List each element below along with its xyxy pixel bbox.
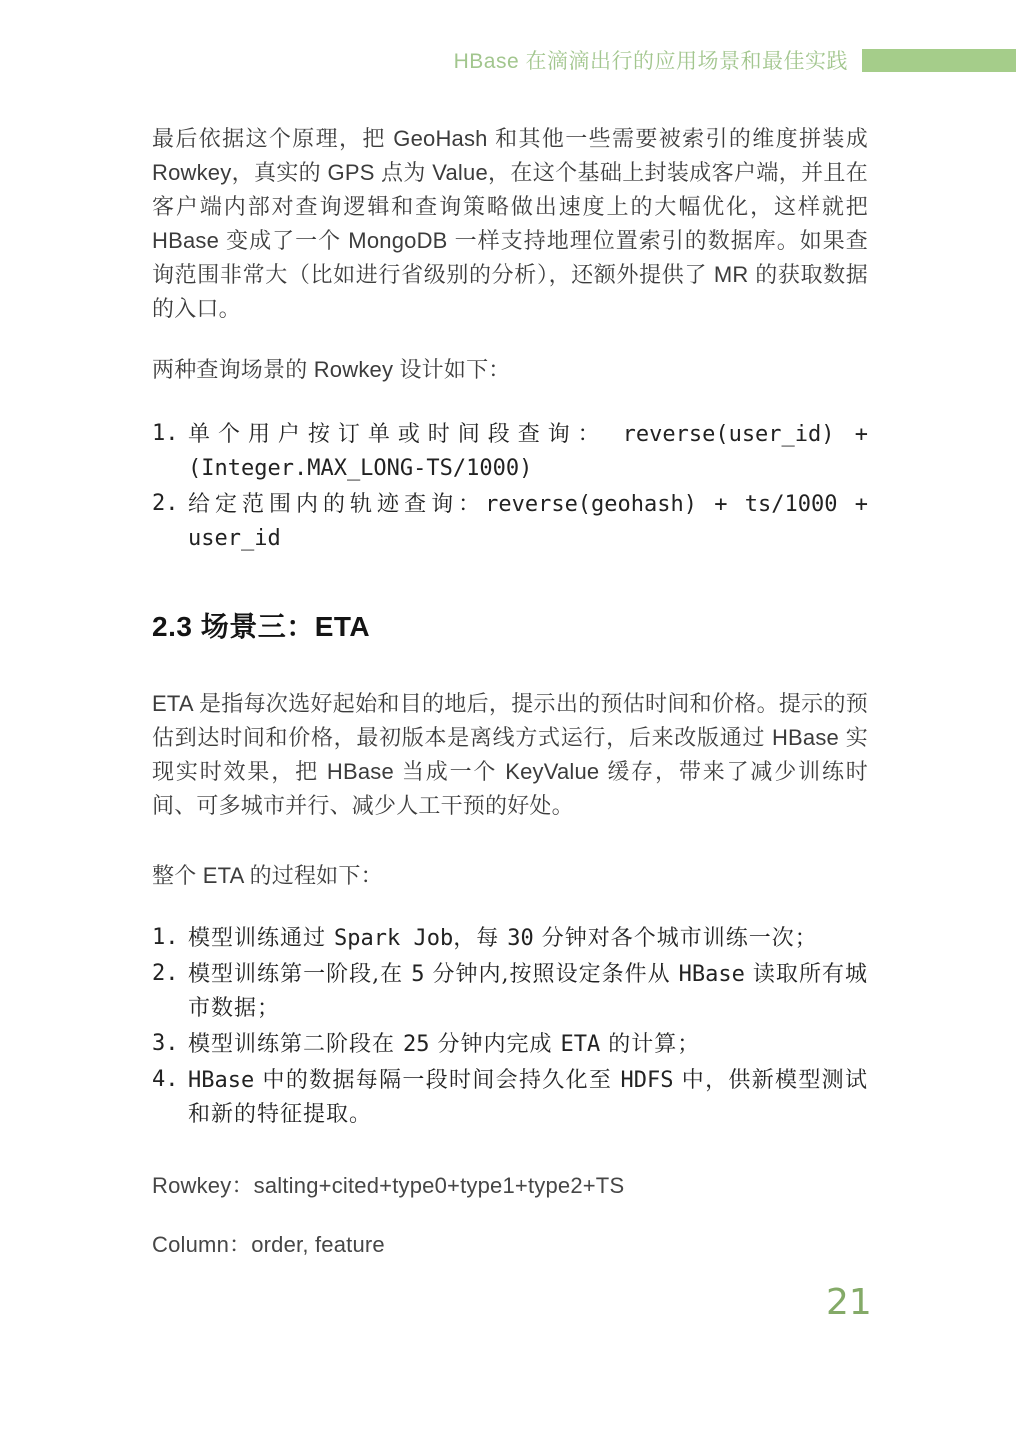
- list-item-text: HBase 中的数据每隔一段时间会持久化至 HDFS 中，供新模型测试和新的特征…: [188, 1063, 868, 1131]
- text-segment: 分钟内完成: [430, 1032, 561, 1057]
- list-item: 2. 模型训练第一阶段,在 5 分钟内,按照设定条件从 HBase 读取所有城市…: [152, 957, 868, 1025]
- paragraph-eta-description: ETA 是指每次选好起始和目的地后，提示出的预估时间和价格。提示的预估到达时间和…: [152, 687, 868, 823]
- list-item: 1. 单个用户按订单或时间段查询： reverse(user_id) + (In…: [152, 417, 868, 485]
- text-segment: ，每: [453, 926, 507, 951]
- list-item-text: 给定范围内的轨迹查询：reverse(geohash) + ts/1000 + …: [188, 487, 868, 555]
- list-item: 2. 给定范围内的轨迹查询：reverse(geohash) + ts/1000…: [152, 487, 868, 555]
- text-segment: 给定范围内的轨迹查询：: [188, 492, 485, 517]
- code-segment: ETA: [561, 1032, 601, 1057]
- column-definition-line: Column：order, feature: [152, 1228, 868, 1259]
- list-item-marker: 4.: [152, 1063, 188, 1096]
- text-segment: 分钟对各个城市训练一次；: [534, 926, 818, 951]
- code-segment: Spark Job: [334, 926, 453, 951]
- code-segment: 25: [403, 1032, 430, 1057]
- text-segment: 模型训练通过: [188, 926, 334, 951]
- list-item-marker: 1.: [152, 921, 188, 954]
- list-item-text: 模型训练第二阶段在 25 分钟内完成 ETA 的计算；: [188, 1027, 868, 1061]
- list-item-marker: 3.: [152, 1027, 188, 1060]
- text-segment: 模型训练第一阶段,在: [188, 962, 411, 987]
- section-heading-eta: 2.3 场景三：ETA: [152, 605, 868, 645]
- rowkey-design-list: 1. 单个用户按订单或时间段查询： reverse(user_id) + (In…: [152, 417, 868, 555]
- list-item: 3. 模型训练第二阶段在 25 分钟内完成 ETA 的计算；: [152, 1027, 868, 1061]
- list-item-text: 单个用户按订单或时间段查询： reverse(user_id) + (Integ…: [188, 417, 868, 485]
- text-segment: 单个用户按订单或时间段查询：: [188, 422, 623, 447]
- code-segment: 5: [411, 962, 424, 987]
- list-item-text: 模型训练第一阶段,在 5 分钟内,按照设定条件从 HBase 读取所有城市数据；: [188, 957, 868, 1025]
- page-content: 最后依据这个原理，把 GeoHash 和其他一些需要被索引的维度拼装成 Rowk…: [152, 0, 868, 1259]
- paragraph-rowkey-design-intro: 两种查询场景的 Rowkey 设计如下：: [152, 353, 868, 387]
- text-segment: 模型训练第二阶段在: [188, 1032, 403, 1057]
- text-segment: 中的数据每隔一段时间会持久化至: [254, 1068, 620, 1093]
- paragraph-geohash-rowkey: 最后依据这个原理，把 GeoHash 和其他一些需要被索引的维度拼装成 Rowk…: [152, 122, 868, 326]
- code-segment: HBase: [188, 1068, 254, 1093]
- code-segment: HDFS: [621, 1068, 674, 1093]
- text-segment: 分钟内,按照设定条件从: [424, 962, 678, 987]
- code-segment: HBase: [679, 962, 745, 987]
- list-item: 4. HBase 中的数据每隔一段时间会持久化至 HDFS 中，供新模型测试和新…: [152, 1063, 868, 1131]
- page-number: 21: [826, 1282, 872, 1323]
- header-accent-bar: [862, 49, 1016, 72]
- code-segment: 30: [507, 926, 534, 951]
- rowkey-definition-line: Rowkey：salting+cited+type0+type1+type2+T…: [152, 1169, 868, 1200]
- text-segment: 的计算；: [600, 1032, 700, 1057]
- list-item-marker: 2.: [152, 957, 188, 990]
- list-item-text: 模型训练通过 Spark Job，每 30 分钟对各个城市训练一次；: [188, 921, 868, 955]
- document-page: HBase 在滴滴出行的应用场景和最佳实践 最后依据这个原理，把 GeoHash…: [0, 0, 1019, 1440]
- eta-process-list: 1. 模型训练通过 Spark Job，每 30 分钟对各个城市训练一次； 2.…: [152, 921, 868, 1131]
- list-item-marker: 2.: [152, 487, 188, 520]
- list-item-marker: 1.: [152, 417, 188, 450]
- list-item: 1. 模型训练通过 Spark Job，每 30 分钟对各个城市训练一次；: [152, 921, 868, 955]
- paragraph-eta-process-intro: 整个 ETA 的过程如下：: [152, 859, 868, 893]
